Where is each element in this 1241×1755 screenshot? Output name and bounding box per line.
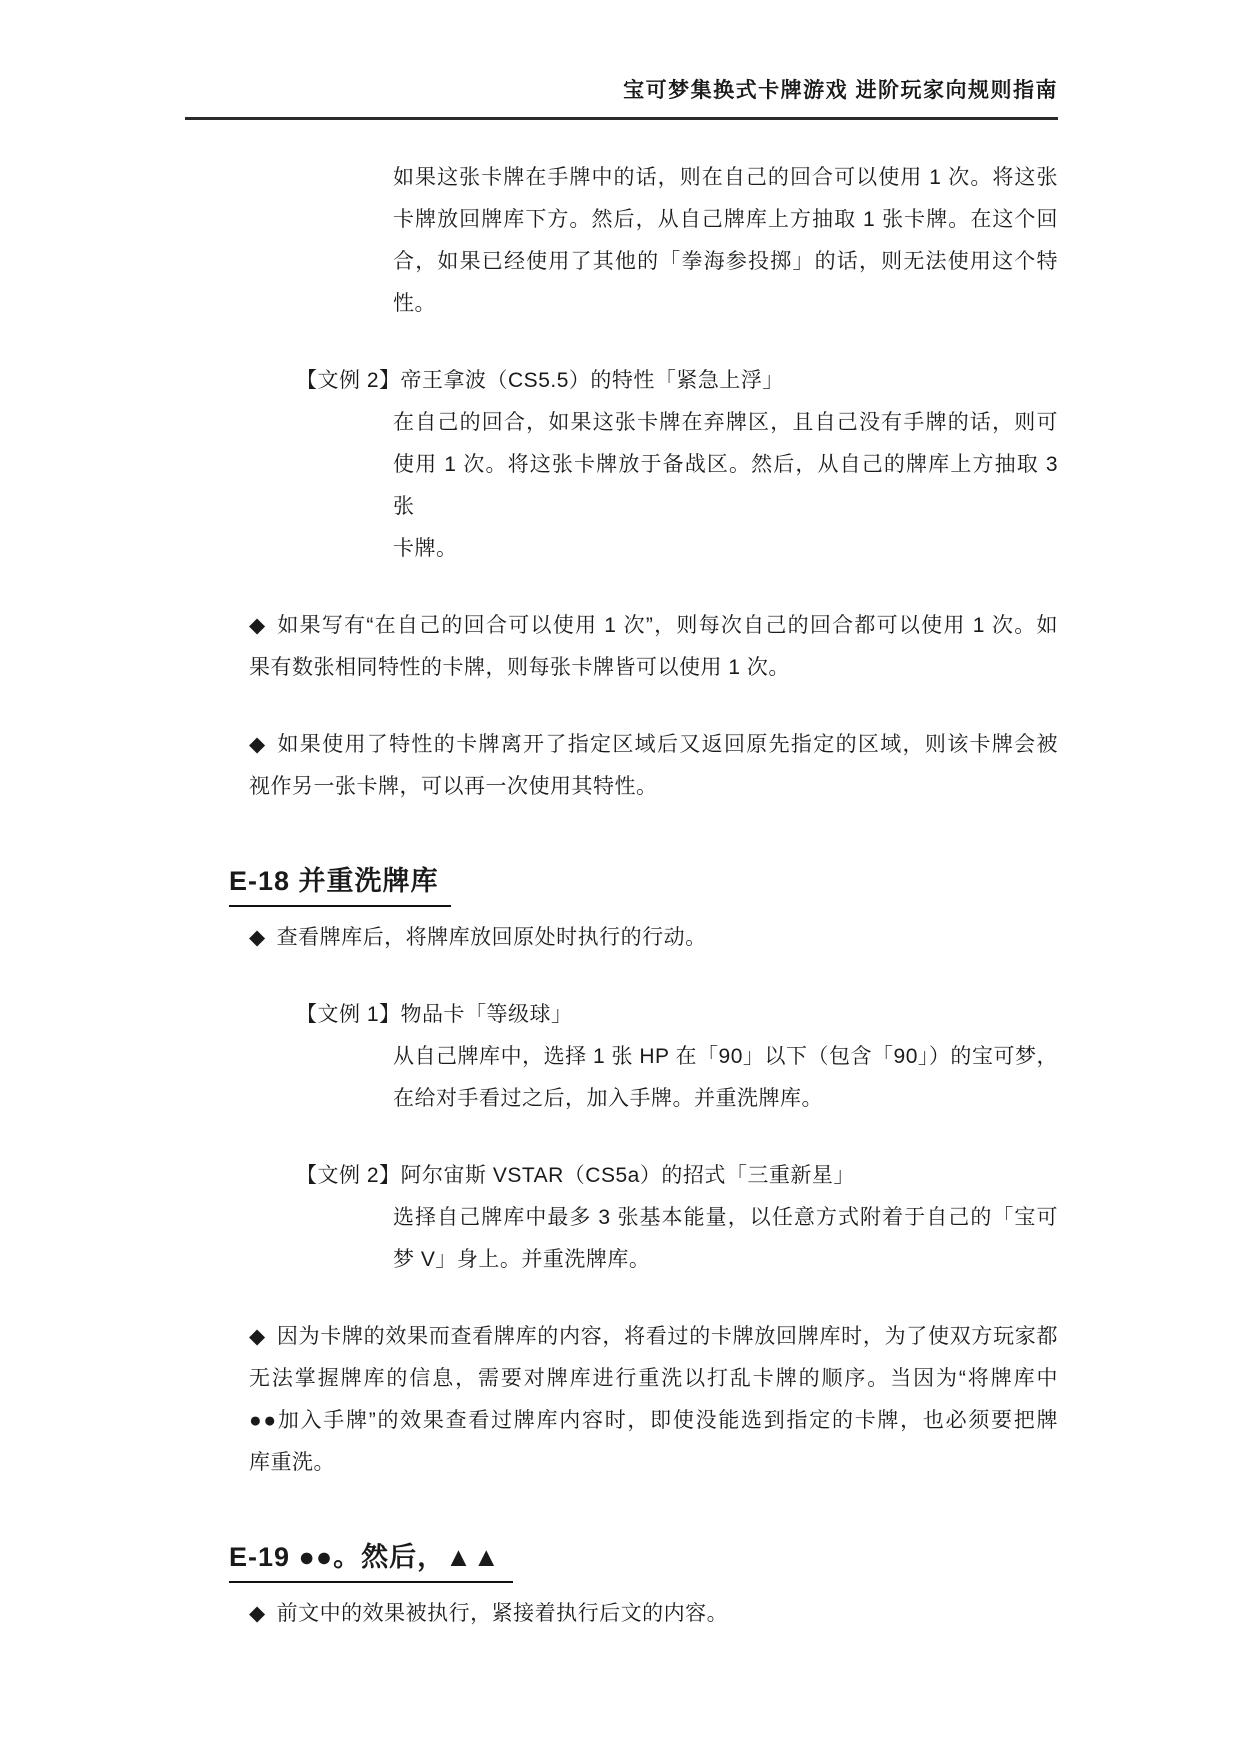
example-title: 物品卡「等级球」: [401, 1003, 573, 1026]
section-heading-text: E-18 并重洗牌库: [229, 865, 451, 907]
text-line: 视作另一张卡牌，可以再一次使用其特性。: [249, 766, 1058, 808]
text-line: 梦 V」身上。并重洗牌库。: [393, 1239, 1058, 1281]
example-label: 【文例 2】: [296, 1164, 401, 1187]
text-line: ◆查看牌库后，将牌库放回原处时执行的行动。: [249, 917, 1058, 959]
text-line: 选择自己牌库中最多 3 张基本能量，以任意方式附着于自己的「宝可: [393, 1197, 1058, 1239]
text-line: 性。: [393, 283, 1058, 325]
text-line: 从自己牌库中，选择 1 张 HP 在「90」以下（包含「90」）的宝可梦，: [393, 1036, 1058, 1078]
example-title: 阿尔宙斯 VSTAR（CS5a）的招式「三重新星」: [401, 1164, 855, 1187]
text-line: ◆如果使用了特性的卡牌离开了指定区域后又返回原先指定的区域，则该卡牌会被: [249, 724, 1058, 766]
document-page: 宝可梦集换式卡牌游戏 进阶玩家向规则指南 如果这张卡牌在手牌中的话，则在自己的回…: [0, 0, 1241, 1755]
diamond-bullet-icon: ◆: [249, 926, 266, 949]
text-line: ◆如果写有“在自己的回合可以使用 1 次”，则每次自己的回合都可以使用 1 次。…: [249, 605, 1058, 647]
bullet-paragraph: ◆因为卡牌的效果而查看牌库的内容，将看过的卡牌放回牌库时，为了使双方玩家都无法掌…: [185, 1316, 1058, 1484]
text-line: 如果这张卡牌在手牌中的话，则在自己的回合可以使用 1 次。将这张: [393, 157, 1058, 199]
example-title: 帝王拿波（CS5.5）的特性「紧急上浮」: [401, 369, 784, 392]
text-line: ◆前文中的效果被执行，紧接着执行后文的内容。: [249, 1593, 1058, 1635]
example-block: 【文例 1】物品卡「等级球」从自己牌库中，选择 1 张 HP 在「90」以下（包…: [185, 994, 1058, 1120]
section-heading: E-18 并重洗牌库: [185, 863, 1058, 907]
text-line: 无法掌握牌库的信息，需要对牌库进行重洗以打乱卡牌的顺序。当因为“将牌库中: [249, 1358, 1058, 1400]
section-heading-text: E-19 ●●。然后，▲▲: [229, 1541, 513, 1583]
text-line: 使用 1 次。将这张卡牌放于备战区。然后，从自己的牌库上方抽取 3 张: [393, 444, 1058, 528]
example-label-line: 【文例 2】帝王拿波（CS5.5）的特性「紧急上浮」: [296, 360, 1058, 402]
page-header-title: 宝可梦集换式卡牌游戏 进阶玩家向规则指南: [185, 76, 1058, 106]
text-line: 在自己的回合，如果这张卡牌在弃牌区，且自己没有手牌的话，则可: [393, 402, 1058, 444]
text-line: 合，如果已经使用了其他的「拳海参投掷」的话，则无法使用这个特: [393, 241, 1058, 283]
bullet-paragraph: ◆前文中的效果被执行，紧接着执行后文的内容。: [185, 1593, 1058, 1635]
example-block: 【文例 2】帝王拿波（CS5.5）的特性「紧急上浮」在自己的回合，如果这张卡牌在…: [185, 360, 1058, 570]
bullet-paragraph: ◆查看牌库后，将牌库放回原处时执行的行动。: [185, 917, 1058, 959]
text-line: 卡牌。: [393, 528, 1058, 570]
example-label-line: 【文例 1】物品卡「等级球」: [296, 994, 1058, 1036]
text-line: 卡牌放回牌库下方。然后，从自己牌库上方抽取 1 张卡牌。在这个回: [393, 199, 1058, 241]
text-line: ◆因为卡牌的效果而查看牌库的内容，将看过的卡牌放回牌库时，为了使双方玩家都: [249, 1316, 1058, 1358]
example-label: 【文例 1】: [296, 1003, 401, 1026]
diamond-bullet-icon: ◆: [249, 733, 266, 756]
example-label: 【文例 2】: [296, 369, 401, 392]
text-line: 在给对手看过之后，加入手牌。并重洗牌库。: [393, 1078, 1058, 1120]
diamond-bullet-icon: ◆: [249, 1325, 266, 1348]
section-heading: E-19 ●●。然后，▲▲: [185, 1539, 1058, 1583]
bullet-paragraph: ◆如果写有“在自己的回合可以使用 1 次”，则每次自己的回合都可以使用 1 次。…: [185, 605, 1058, 689]
example-block: 【文例 2】阿尔宙斯 VSTAR（CS5a）的招式「三重新星」选择自己牌库中最多…: [185, 1155, 1058, 1281]
diamond-bullet-icon: ◆: [249, 1602, 266, 1625]
text-line: 库重洗。: [249, 1442, 1058, 1484]
bullet-paragraph: ◆如果使用了特性的卡牌离开了指定区域后又返回原先指定的区域，则该卡牌会被视作另一…: [185, 724, 1058, 808]
document-body: 如果这张卡牌在手牌中的话，则在自己的回合可以使用 1 次。将这张卡牌放回牌库下方…: [185, 120, 1058, 1635]
text-line: 果有数张相同特性的卡牌，则每张卡牌皆可以使用 1 次。: [249, 647, 1058, 689]
paragraph-continuation: 如果这张卡牌在手牌中的话，则在自己的回合可以使用 1 次。将这张卡牌放回牌库下方…: [185, 157, 1058, 325]
text-line: ●●加入手牌”的效果查看过牌库内容时，即使没能选到指定的卡牌，也必须要把牌: [249, 1400, 1058, 1442]
example-label-line: 【文例 2】阿尔宙斯 VSTAR（CS5a）的招式「三重新星」: [296, 1155, 1058, 1197]
diamond-bullet-icon: ◆: [249, 614, 266, 637]
